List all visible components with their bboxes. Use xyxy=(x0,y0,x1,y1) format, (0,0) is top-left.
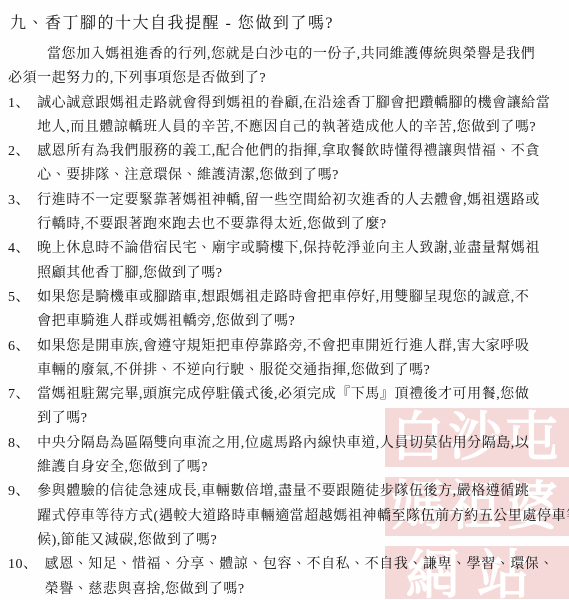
item-line: 會把車騎進人群或媽祖轎旁,您做到了嗎? xyxy=(37,310,565,334)
item-text: 參與體驗的信徒急速成長,車輛數倍增,盡量不要跟隨徒步隊伍後方,嚴格遵循跳躍式停車… xyxy=(37,480,565,553)
list-item: 8、 中央分隔島為區隔雙向車流之用,位處馬路內線快車道,人員切莫佔用分隔島,以維… xyxy=(8,432,565,481)
item-line: 晚上休息時不論借宿民宅、廟宇或騎樓下,保持乾淨並向主人致謝,並盡量幫媽祖 xyxy=(37,237,565,261)
item-line: 維護自身安全,您做到了嗎? xyxy=(37,456,565,480)
document-content: 九、香丁腳的十大自我提醒 - 您做到了嗎? 當您加入媽祖進香的行列,您就是白沙屯… xyxy=(0,0,569,600)
item-line: 參與體驗的信徒急速成長,車輛數倍增,盡量不要跟隨徒步隊伍後方,嚴格遵循跳 xyxy=(37,480,565,504)
list-item: 2、 感恩所有為我們服務的義工,配合他們的指揮,拿取餐飲時懂得禮讓與惜福、不貪心… xyxy=(8,140,565,189)
item-text: 晚上休息時不論借宿民宅、廟宇或騎樓下,保持乾淨並向主人致謝,並盡量幫媽祖照顧其他… xyxy=(37,237,565,286)
document-page: 白沙屯 媽祖婆 網站 九、香丁腳的十大自我提醒 - 您做到了嗎? 當您加入媽祖進… xyxy=(0,0,569,600)
item-line: 感恩所有為我們服務的義工,配合他們的指揮,拿取餐飲時懂得禮讓與惜福、不貪 xyxy=(37,140,565,164)
item-text: 誠心誠意跟媽祖走路就會得到媽祖的眷顧,在沿途香丁腳會把躦轎腳的機會讓給當地人,而… xyxy=(37,92,565,141)
item-number: 7、 xyxy=(8,383,37,407)
item-line: 榮譽、慈悲與喜捨,您做到了嗎? xyxy=(45,578,565,600)
item-line: 誠心誠意跟媽祖走路就會得到媽祖的眷顧,在沿途香丁腳會把躦轎腳的機會讓給當 xyxy=(37,92,565,116)
list-item: 1、 誠心誠意跟媽祖走路就會得到媽祖的眷顧,在沿途香丁腳會把躦轎腳的機會讓給當地… xyxy=(8,92,565,141)
item-line: 地人,而且體諒轎班人員的辛苦,不應因自己的執著造成他人的辛苦,您做到了嗎? xyxy=(37,116,565,140)
intro-line: 當您加入媽祖進香的行列,您就是白沙屯的一份子,共同維護傳統與榮譽是我們 xyxy=(8,43,565,67)
list-item: 7、 當媽祖駐駕完畢,頭旗完成停駐儀式後,必須完成『下馬』頂禮後才可用餐,您做到… xyxy=(8,383,565,432)
item-text: 如果您是騎機車或腳踏車,想跟媽祖走路時會把車停好,用雙腳呈現您的誠意,不會把車騎… xyxy=(37,286,565,335)
item-line: 中央分隔島為區隔雙向車流之用,位處馬路內線快車道,人員切莫佔用分隔島,以 xyxy=(37,432,565,456)
item-line: 當媽祖駐駕完畢,頭旗完成停駐儀式後,必須完成『下馬』頂禮後才可用餐,您做 xyxy=(37,383,565,407)
item-text: 中央分隔島為區隔雙向車流之用,位處馬路內線快車道,人員切莫佔用分隔島,以維護自身… xyxy=(37,432,565,481)
reminder-list: 1、 誠心誠意跟媽祖走路就會得到媽祖的眷顧,在沿途香丁腳會把躦轎腳的機會讓給當地… xyxy=(8,92,565,600)
item-text: 如果您是開車族,會遵守規矩把車停靠路旁,不會把車開近行進人群,害大家呼吸車輛的廢… xyxy=(37,335,565,384)
item-line: 感恩、知足、惜福、分享、體諒、包容、不自私、不自我、謙卑、學習、環保、 xyxy=(45,553,565,577)
item-line: 行進時不一定要緊靠著媽祖神轎,留一些空間給初次進香的人去體會,媽祖選路或 xyxy=(37,189,565,213)
intro-line: 必須一起努力的,下列事項您是否做到了? xyxy=(8,67,565,91)
item-line: 候),節能又減碳,您做到了嗎? xyxy=(37,529,565,553)
list-item: 10、 感恩、知足、惜福、分享、體諒、包容、不自私、不自我、謙卑、學習、環保、榮… xyxy=(8,553,565,600)
list-item: 5、 如果您是騎機車或腳踏車,想跟媽祖走路時會把車停好,用雙腳呈現您的誠意,不會… xyxy=(8,286,565,335)
item-number: 1、 xyxy=(8,92,37,116)
item-number: 10、 xyxy=(8,553,45,577)
item-line: 車輛的廢氣,不併排、不逆向行駛、服從交通指揮,您做到了嗎? xyxy=(37,359,565,383)
item-number: 5、 xyxy=(8,286,37,310)
item-text: 行進時不一定要緊靠著媽祖神轎,留一些空間給初次進香的人去體會,媽祖選路或行轎時,… xyxy=(37,189,565,238)
item-line: 到了嗎? xyxy=(37,407,565,431)
section-title: 九、香丁腳的十大自我提醒 - 您做到了嗎? xyxy=(10,10,565,33)
list-item: 4、 晚上休息時不論借宿民宅、廟宇或騎樓下,保持乾淨並向主人致謝,並盡量幫媽祖照… xyxy=(8,237,565,286)
list-item: 9、 參與體驗的信徒急速成長,車輛數倍增,盡量不要跟隨徒步隊伍後方,嚴格遵循跳躍… xyxy=(8,480,565,553)
item-line: 如果您是開車族,會遵守規矩把車停靠路旁,不會把車開近行進人群,害大家呼吸 xyxy=(37,335,565,359)
item-line: 心、要排隊、注意環保、維護清潔,您做到了嗎? xyxy=(37,164,565,188)
item-number: 6、 xyxy=(8,335,37,359)
item-line: 照顧其他香丁腳,您做到了嗎? xyxy=(37,262,565,286)
item-line: 如果您是騎機車或腳踏車,想跟媽祖走路時會把車停好,用雙腳呈現您的誠意,不 xyxy=(37,286,565,310)
list-item: 6、 如果您是開車族,會遵守規矩把車停靠路旁,不會把車開近行進人群,害大家呼吸車… xyxy=(8,335,565,384)
intro-paragraph: 當您加入媽祖進香的行列,您就是白沙屯的一份子,共同維護傳統與榮譽是我們 必須一起… xyxy=(8,43,565,92)
item-number: 9、 xyxy=(8,480,37,504)
item-line: 行轎時,不要跟著跑來跑去也不要靠得太近,您做到了麼? xyxy=(37,213,565,237)
item-number: 2、 xyxy=(8,140,37,164)
item-text: 感恩所有為我們服務的義工,配合他們的指揮,拿取餐飲時懂得禮讓與惜福、不貪心、要排… xyxy=(37,140,565,189)
item-text: 感恩、知足、惜福、分享、體諒、包容、不自私、不自我、謙卑、學習、環保、榮譽、慈悲… xyxy=(45,553,565,600)
item-line: 躍式停車等待方式(遇較大道路時車輛適當超越媽祖神轎至隊伍前方約五公里處停車等 xyxy=(37,505,565,529)
item-number: 8、 xyxy=(8,432,37,456)
item-text: 當媽祖駐駕完畢,頭旗完成停駐儀式後,必須完成『下馬』頂禮後才可用餐,您做到了嗎? xyxy=(37,383,565,432)
item-number: 3、 xyxy=(8,189,37,213)
list-item: 3、 行進時不一定要緊靠著媽祖神轎,留一些空間給初次進香的人去體會,媽祖選路或行… xyxy=(8,189,565,238)
item-number: 4、 xyxy=(8,237,37,261)
